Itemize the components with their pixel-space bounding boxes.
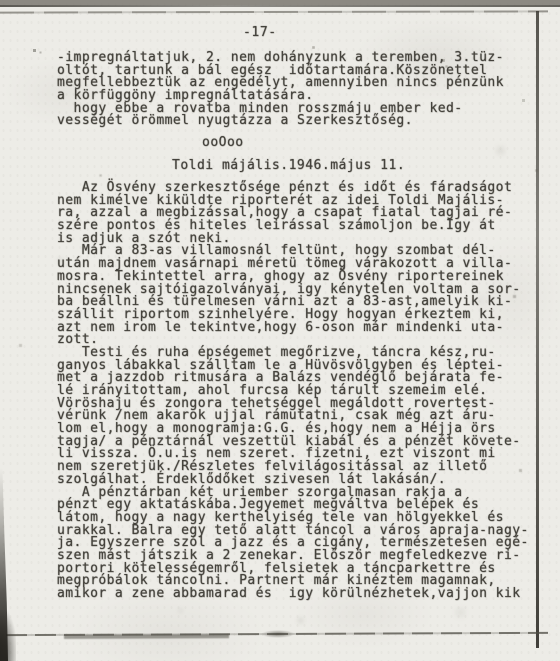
intro-paragraph: -impregnáltatjuk, 2. nem dohányzunk a te… — [57, 52, 504, 128]
text-line: vességét örömmel nyugtázza a Szerkesztős… — [57, 115, 504, 128]
article-body: Az Ösvény szerkesztősége pénzt és időt é… — [57, 182, 529, 601]
bottom-border-line — [6, 632, 548, 636]
section-divider: ooOoo — [202, 135, 244, 150]
text-line: azt nem irom le tekintve,hogy 6-oson már… — [57, 322, 529, 335]
inner-top-line — [0, 10, 548, 13]
scan-noise-specks — [0, 0, 1, 1]
article-title: Toldi májális.1946.május 11. — [172, 158, 405, 173]
text-line: amikor a zene abbamarad és igy körülnézh… — [57, 588, 529, 601]
right-border-line — [536, 11, 539, 648]
top-border-line — [0, 5, 560, 7]
page-number: -17- — [243, 25, 277, 40]
bottom-left-smudge — [0, 610, 16, 661]
scanned-document-page: -17- -impregnáltatjuk, 2. nem dohányzunk… — [0, 0, 560, 661]
